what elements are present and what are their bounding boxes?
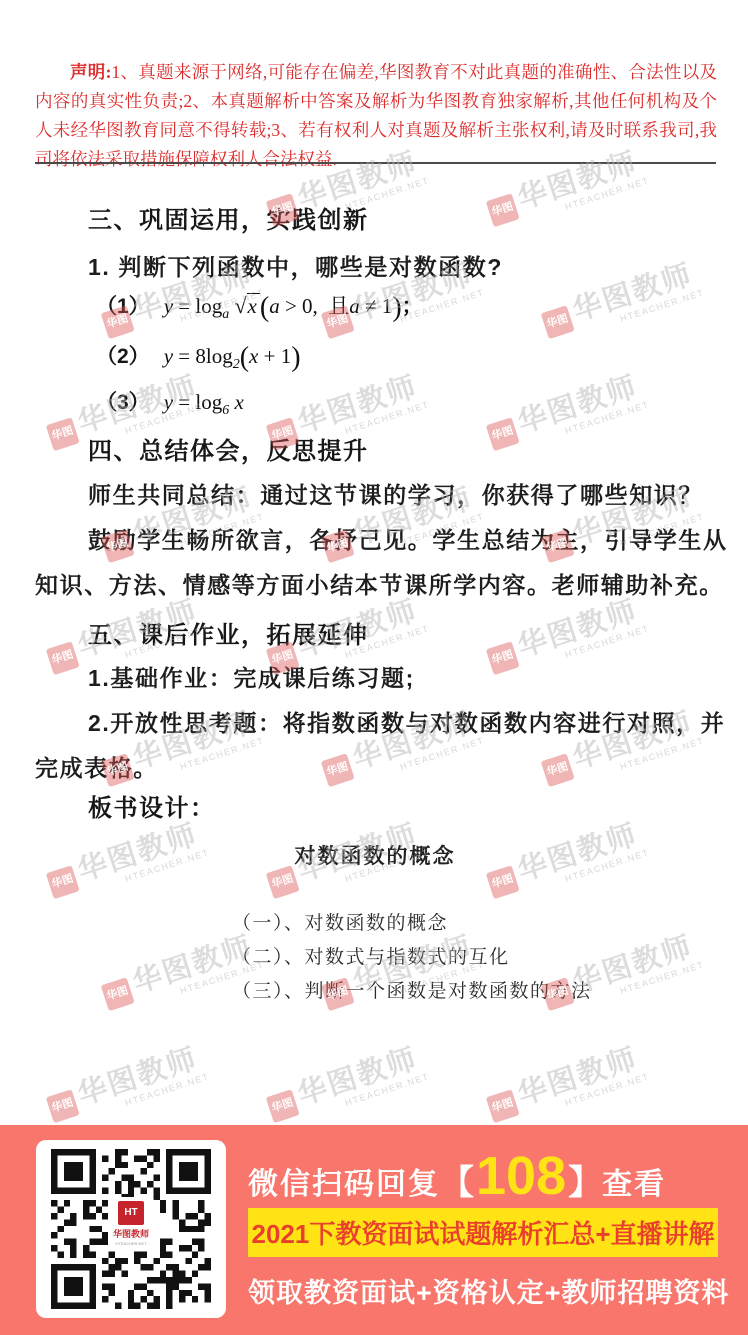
formula-segment: y [164, 390, 173, 414]
formula-3-math: y = log6 x [164, 390, 244, 419]
formula-segment: a [349, 294, 360, 318]
homework-item-2-line-2: 完成表格。 [35, 750, 158, 783]
formula-segment: 2 [233, 357, 240, 372]
formula-2-math: y = 8log2(x + 1) [164, 342, 301, 374]
formula-segment: x [234, 390, 243, 414]
banner-headline-prefix: 微信扫码回复 [248, 1159, 440, 1203]
formula-3-label: （3） [96, 386, 150, 416]
formula-segment: ( [260, 292, 269, 323]
huatu-monogram: HT [118, 1201, 144, 1225]
board-item-3: （三）、判断一个函数是对数函数的方法 [232, 976, 592, 1003]
homework-item-2-line-1: 2.开放性思考题：将指数函数与对数函数内容进行对照，并 [88, 705, 725, 738]
formula-segment: √x [234, 294, 259, 318]
formula-segment: y [164, 344, 173, 368]
formula-line-1: （1） y = loga √x(a > 0, 且a ≠ 1)； [96, 290, 423, 324]
formula-segment: ； [402, 295, 423, 318]
board-item-2: （二）、对数式与指数式的互化 [232, 942, 510, 969]
formula-1-label: （1） [96, 290, 150, 320]
section-4-paragraph-2-line-1: 鼓励学生畅所欲言，各抒己见。学生总结为主，引导学生从 [88, 522, 728, 555]
board-title: 对数函数的概念 [35, 840, 715, 870]
formula-segment: = log [173, 390, 222, 414]
homework-item-1: 1.基础作业：完成课后练习题; [88, 660, 415, 693]
promo-banner: HT 华图教师 HTEACHER.NET 微信扫码回复 【 108 】 查看 2… [0, 1125, 748, 1335]
formula-segment: a [269, 294, 280, 318]
formula-segment: > 0, 且 [280, 294, 350, 318]
formula-segment: + 1 [258, 344, 291, 368]
formula-2-label: （2） [96, 340, 150, 370]
divider-line [35, 162, 716, 164]
formula-segment: ) [291, 342, 300, 373]
board-item-1: （一）、对数函数的概念 [232, 908, 448, 935]
qr-code: HT 华图教师 HTEACHER.NET [36, 1140, 226, 1318]
promo-footer-text: 领取教资面试+资格认定+教师招聘资料 [248, 1271, 730, 1310]
banner-headline: 微信扫码回复 【 108 】 查看 [248, 1149, 666, 1204]
section-5-heading: 五、课后作业，拓展延伸 [88, 615, 369, 650]
board-design-label: 板书设计： [88, 788, 216, 823]
banner-headline-suffix: 查看 [602, 1159, 666, 1203]
document-page: 华图华图教师HTEACHER.NET华图华图教师HTEACHER.NET华图华图… [0, 0, 748, 1335]
formula-line-2: （2） y = 8log2(x + 1) [96, 340, 301, 374]
section-4-paragraph-2-line-2: 知识、方法、情感等方面小结本节课所学内容。老师辅助补充。 [35, 567, 724, 600]
formula-segment: ≠ 1 [360, 294, 393, 318]
section-4-heading: 四、总结体会，反思提升 [88, 431, 369, 466]
promo-strip-text: 2021下教资面试试题解析汇总+直播讲解 [251, 1214, 714, 1251]
disclaimer-text: 声明:1、真题来源于网络,可能存在偏差,华图教育不对此真题的准确性、合法性以及内… [35, 58, 717, 174]
formula-line-3: （3） y = log6 x [96, 386, 244, 419]
wechat-reply-code: 108 [476, 1149, 566, 1203]
formula-1-math: y = loga √x(a > 0, 且a ≠ 1)； [164, 290, 423, 324]
formula-segment: ( [240, 342, 249, 373]
formula-segment: = 8log [173, 344, 233, 368]
huatu-logo-domain: HTEACHER.NET [115, 1242, 146, 1246]
bracket-close: 】 [568, 1155, 602, 1204]
formula-segment: x [249, 344, 258, 368]
section-3-heading: 三、巩固运用，实践创新 [88, 200, 369, 235]
formula-segment: = log [173, 294, 222, 318]
huatu-logo-icon: HT 华图教师 HTEACHER.NET [108, 1197, 154, 1249]
disclaimer-prefix: 声明: [70, 62, 111, 82]
question-1-text: 1. 判断下列函数中，哪些是对数函数? [88, 249, 503, 282]
promo-strip: 2021下教资面试试题解析汇总+直播讲解 [248, 1208, 718, 1257]
bracket-open: 【 [440, 1155, 474, 1204]
section-4-paragraph-1: 师生共同总结：通过这节课的学习，你获得了哪些知识？ [88, 477, 703, 510]
formula-segment: ) [392, 292, 401, 323]
huatu-logo-brand: 华图教师 [113, 1227, 149, 1240]
formula-segment: y [164, 294, 173, 318]
disclaimer-body: 1、真题来源于网络,可能存在偏差,华图教育不对此真题的准确性、合法性以及内容的真… [35, 62, 717, 169]
